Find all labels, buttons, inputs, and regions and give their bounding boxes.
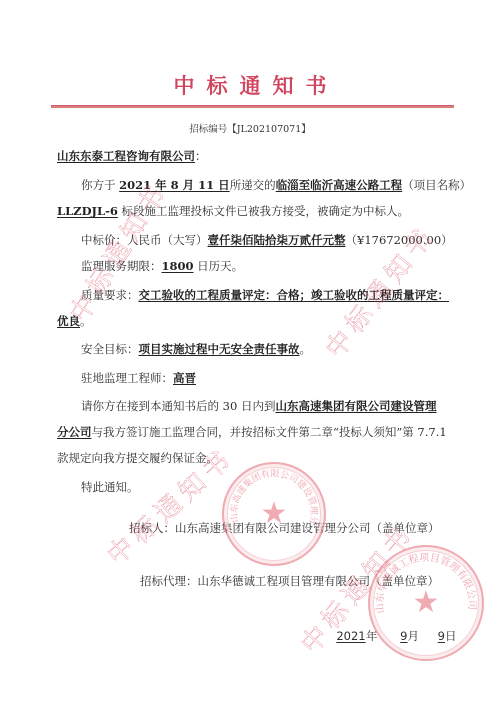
engineer-line: 驻地监理工程师：高晋	[81, 370, 196, 386]
service-period-unit: 日历天。	[197, 259, 243, 273]
service-period-value: 1800	[162, 259, 194, 273]
bid-price-words: 壹仟柒佰陆拾柒万贰仟元整	[208, 233, 346, 247]
contract-org-part2: 分公司	[57, 425, 92, 439]
engineer-label: 驻地监理工程师：	[81, 371, 173, 385]
document-title: 中标通知书	[0, 70, 500, 100]
engineer-name: 高晋	[173, 371, 196, 385]
safety-end: 。	[300, 342, 312, 356]
bid-number: 招标编号【JL202107071】	[0, 121, 500, 135]
project-name: 临淄至临沂高速公路工程	[276, 178, 403, 192]
safety-line: 安全目标：项目实施过程中无安全责任事故。	[81, 341, 311, 357]
contract-line2: 分公司与我方签订施工监理合同，并按招标文件第二章“投标人须知”第 7.7.1	[57, 424, 447, 440]
para1-prefix: 你方于	[81, 178, 116, 192]
para1-suffix: （项目名称）	[402, 178, 471, 192]
para1-mid: 所递交的	[230, 178, 276, 192]
notice-document: 中标通知书 招标编号【JL202107071】 山东东泰工程咨询有限公司： 你方…	[0, 0, 500, 706]
contract-line2-text: 与我方签订施工监理合同，并按招标文件第二章“投标人须知”第 7.7.1	[92, 425, 447, 439]
para-submission-line2: LLZDJL-6 标段施工监理投标文件已被我方接受，被确定为中标人。	[57, 203, 409, 219]
tenderer-seal: 山东高速集团有限公司建设管理分公司 ★	[222, 462, 326, 566]
safety-label: 安全目标：	[81, 342, 139, 356]
seal-star-icon: ★	[413, 588, 440, 618]
contract-line1-prefix: 请你方在接到本通知书后的 30 日内到	[81, 399, 275, 413]
recipient-colon: ：	[195, 149, 207, 163]
contract-org-part1: 山东高速集团有限公司建设管理	[275, 399, 436, 413]
title-divider	[51, 105, 454, 108]
recipient-line: 山东东泰工程咨询有限公司：	[57, 148, 207, 164]
safety-value: 项目实施过程中无安全责任事故	[139, 342, 300, 356]
watermark-stamp-1: 中标通知书	[59, 173, 175, 328]
recipient-name: 山东东泰工程咨询有限公司	[57, 149, 195, 163]
seal-star-icon: ★	[261, 499, 288, 529]
contract-line1: 请你方在接到本通知书后的 30 日内到山东高速集团有限公司建设管理	[81, 398, 436, 414]
closing-line: 特此通知。	[81, 479, 139, 495]
section-code: LLZDJL-6	[57, 204, 118, 218]
